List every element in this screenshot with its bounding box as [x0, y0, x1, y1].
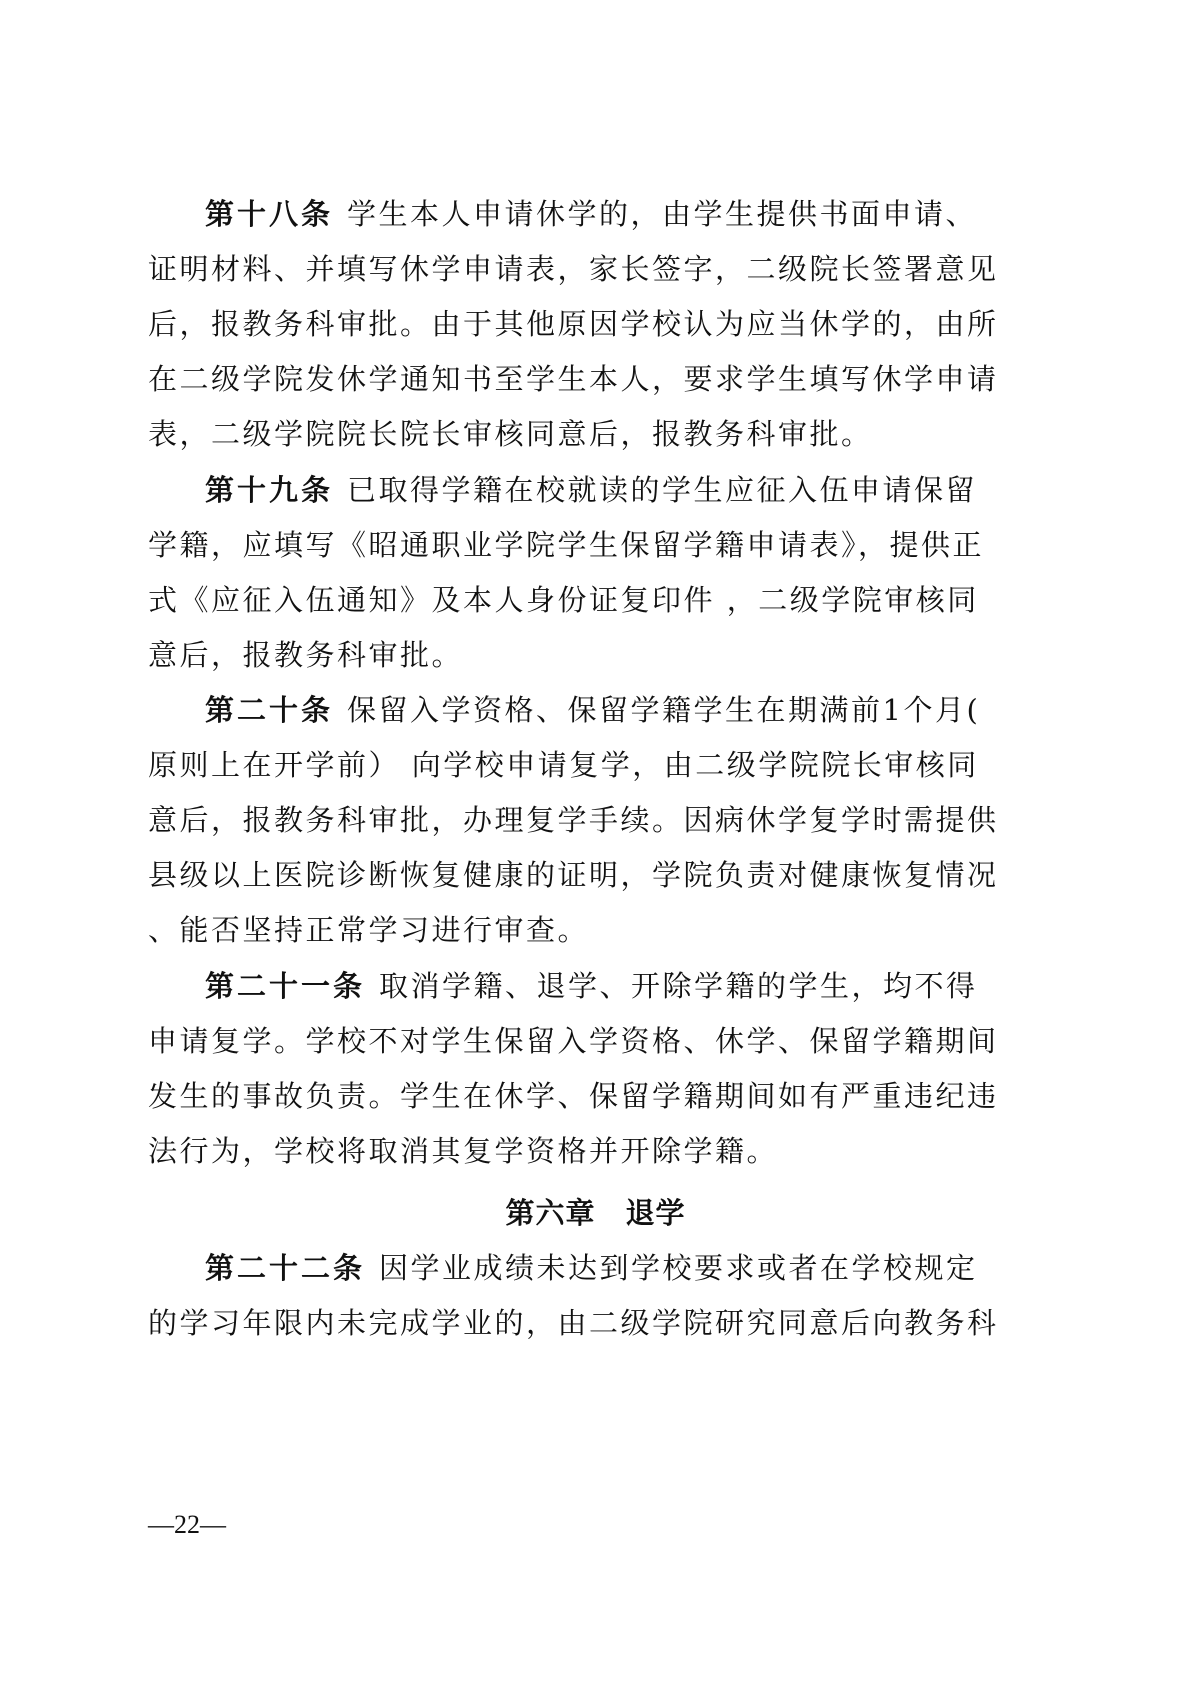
article-19-line-3: 式《应征入伍通知》及本人身份证复印件 ，二级学院审核同 — [148, 582, 978, 618]
article-18-line-2: 证明材料、并填写休学申请表，家长签字，二级院长签署意见 — [148, 251, 978, 287]
article-19-label: 第十九条 — [205, 473, 333, 507]
chapter-title: 退学 — [626, 1196, 686, 1230]
article-18-label: 第十八条 — [205, 197, 333, 231]
article-20-label: 第二十条 — [205, 693, 333, 727]
page-number: —22— — [148, 1510, 226, 1540]
article-18-line-4: 在二级学院发休学通知书至学生本人，要求学生填写休学申请 — [148, 361, 978, 397]
article-19-line-1: 第十九条已取得学籍在校就读的学生应征入伍申请保留 — [205, 472, 978, 508]
article-21-line-3: 发生的事故负责。学生在休学、保留学籍期间如有严重违纪违 — [148, 1078, 978, 1114]
article-20-line-5: 、能否坚持正常学习进行审查。 — [148, 912, 978, 948]
article-20-line-4: 县级以上医院诊断恢复健康的证明，学院负责对健康恢复情况 — [148, 857, 978, 893]
article-22-label: 第二十二条 — [205, 1251, 365, 1285]
article-20-line-1: 第二十条保留入学资格、保留学籍学生在期满前1个月( — [205, 692, 978, 728]
article-22-line-2: 的学习年限内未完成学业的，由二级学院研究同意后向教务科 — [148, 1305, 978, 1341]
article-18-line-5: 表，二级学院院长院长审核同意后，报教务科审批。 — [148, 416, 978, 452]
article-19-line-4: 意后，报教务科审批。 — [148, 637, 978, 673]
article-21-line-4: 法行为，学校将取消其复学资格并开除学籍。 — [148, 1133, 978, 1169]
article-19-line-2: 学籍，应填写《昭通职业学院学生保留学籍申请表》，提供正 — [148, 527, 978, 563]
article-18-line-1: 第十八条学生本人申请休学的，由学生提供书面申请、 — [205, 196, 978, 232]
article-20-line-2: 原则上在开学前） 向学校申请复学，由二级学院院长审核同 — [148, 747, 978, 783]
chapter-heading: 第六章退学 — [0, 1195, 1191, 1231]
article-21-label: 第二十一条 — [205, 969, 365, 1003]
article-18-line-3: 后，报教务科审批。由于其他原因学校认为应当休学的，由所 — [148, 306, 978, 342]
article-20-line-3: 意后，报教务科审批，办理复学手续。因病休学复学时需提供 — [148, 802, 978, 838]
chapter-number: 第六章 — [505, 1196, 595, 1230]
article-21-line-2: 申请复学。学校不对学生保留入学资格、休学、保留学籍期间 — [148, 1023, 978, 1059]
article-22-line-1: 第二十二条因学业成绩未达到学校要求或者在学校规定 — [205, 1250, 978, 1286]
article-21-line-1: 第二十一条取消学籍、退学、开除学籍的学生，均不得 — [205, 968, 978, 1004]
document-page: 第十八条学生本人申请休学的，由学生提供书面申请、 证明材料、并填写休学申请表，家… — [0, 0, 1191, 1684]
